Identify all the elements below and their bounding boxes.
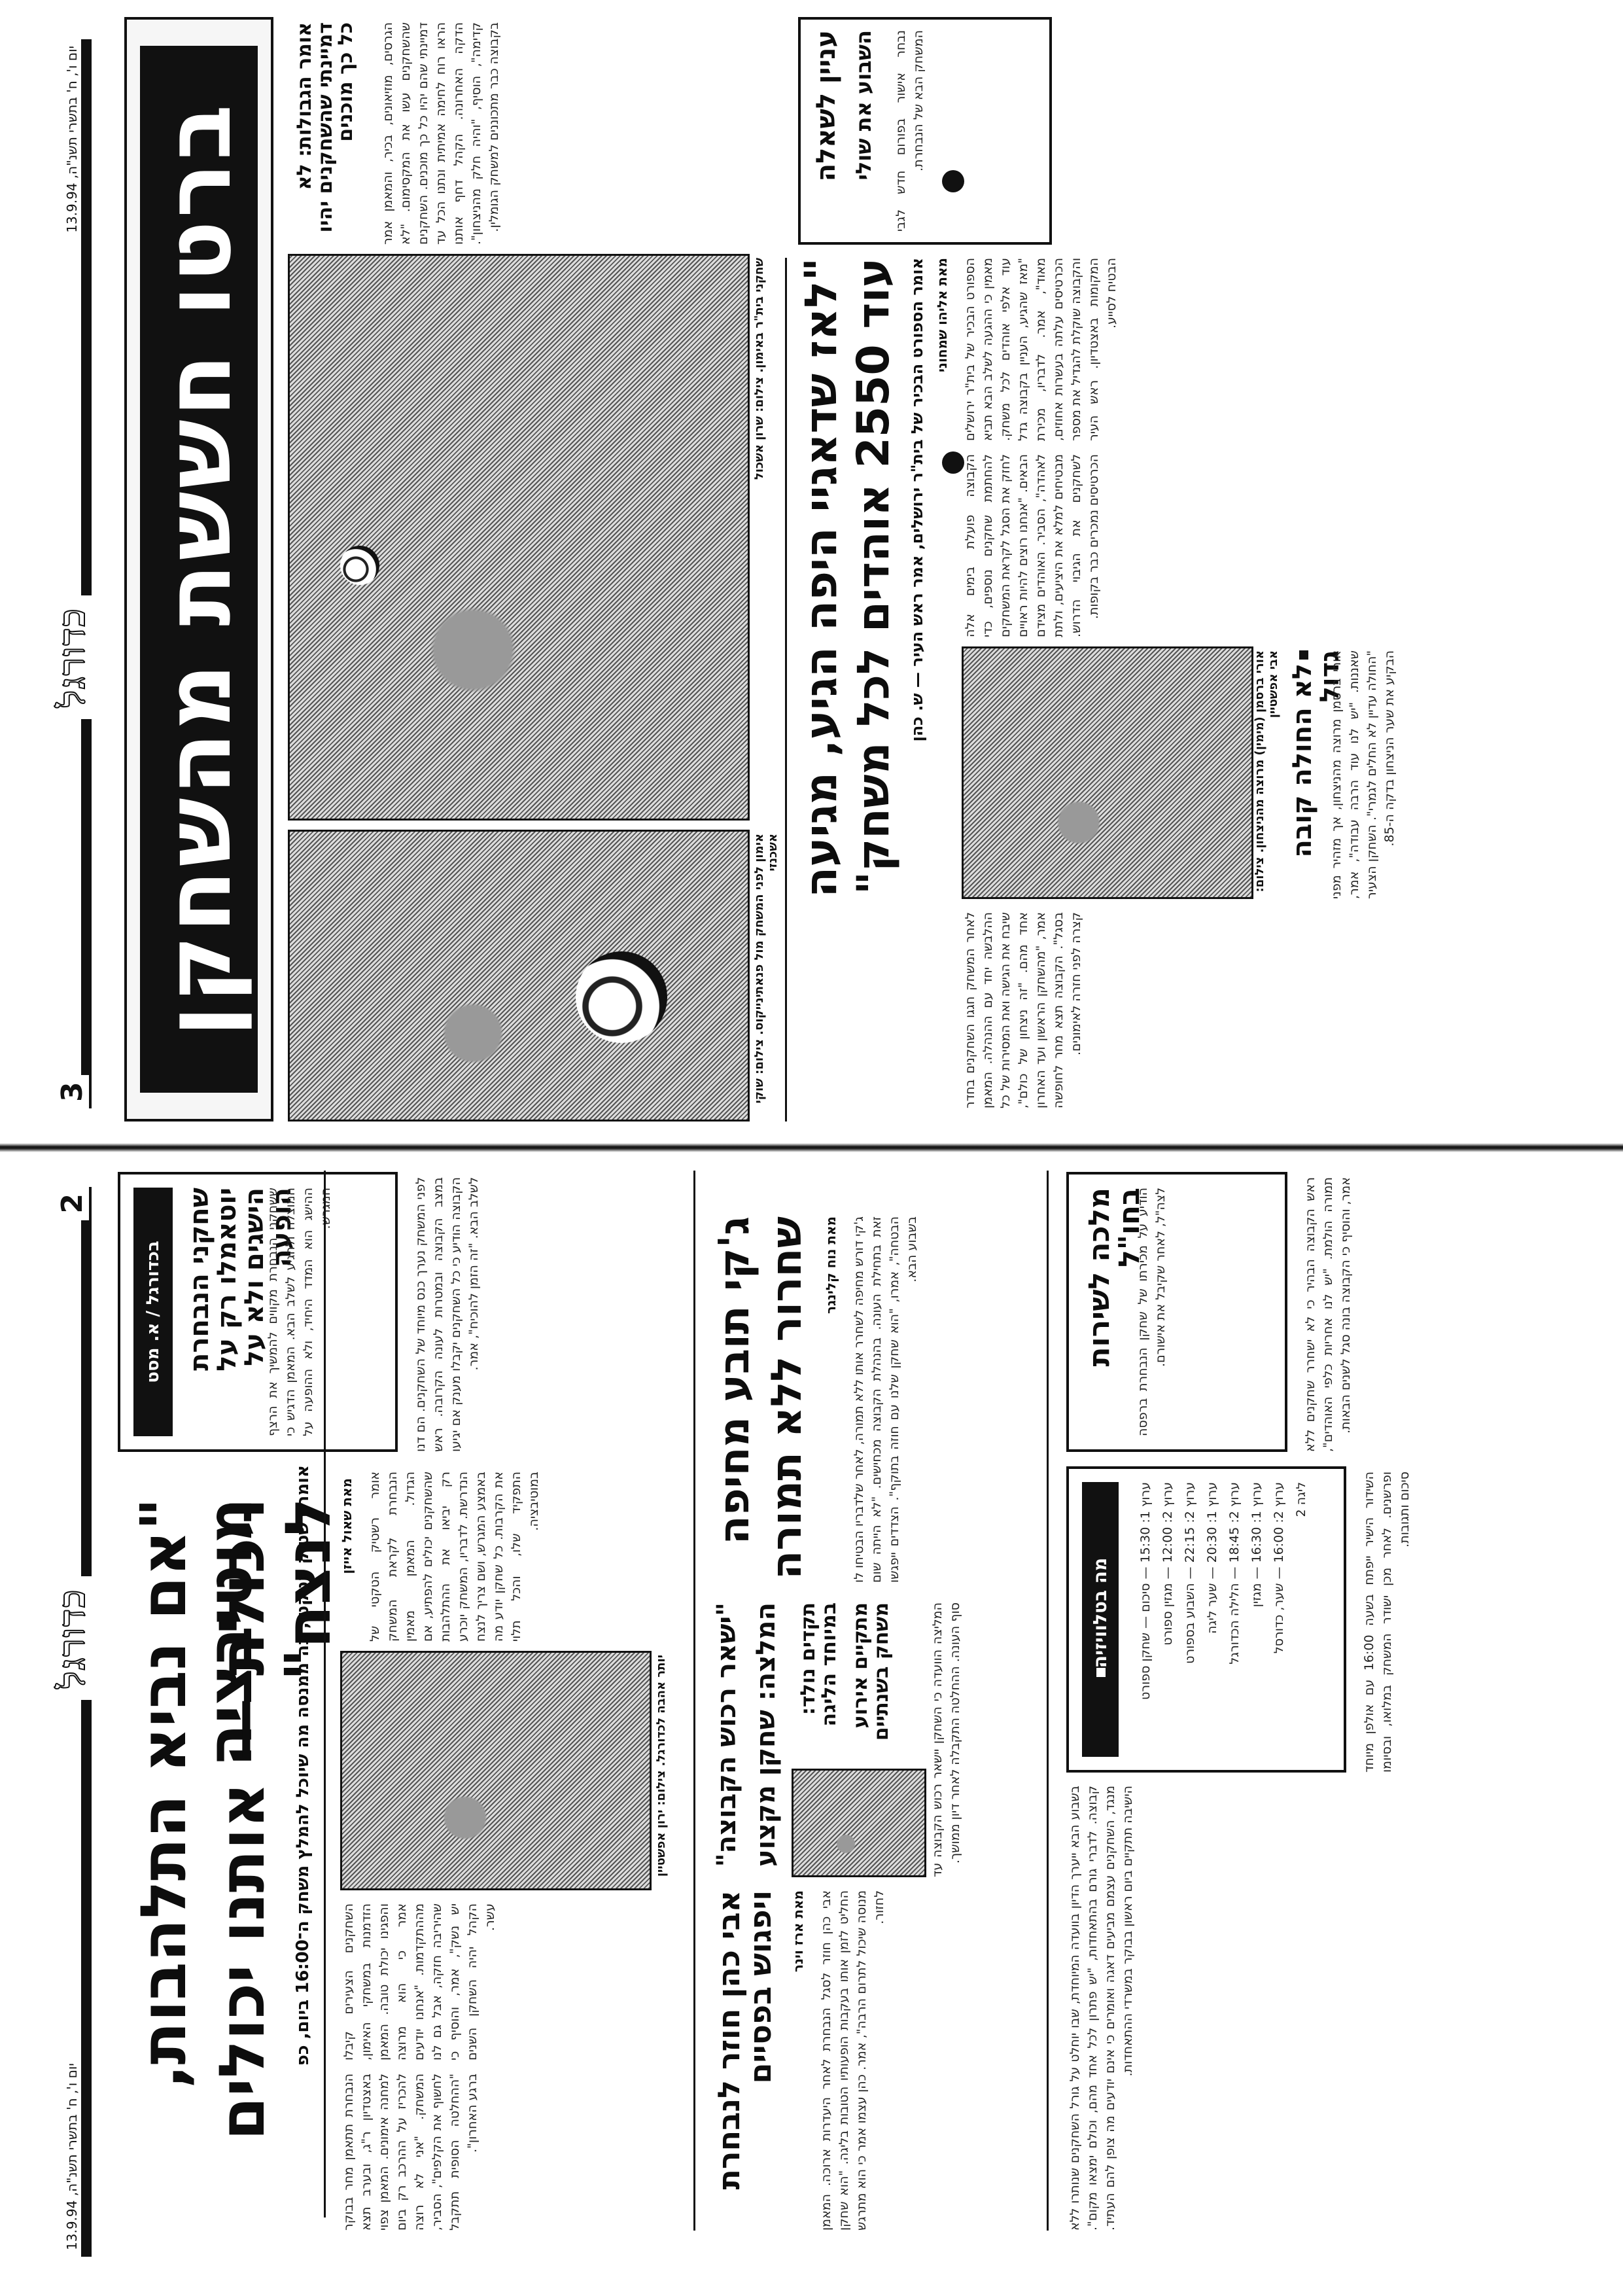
bottom-box-headline: עניין לשאלה bbox=[812, 30, 840, 232]
tv-schedule-box: מה בטלוויזיה ערוץ 1: 15:30 — סיכום — שחק… bbox=[1066, 1466, 1346, 1773]
bottom-article-column: ראש הקבוצה הבהיר כי לא ישחרר שחקנים ללא … bbox=[1302, 1177, 1550, 1452]
article3-byline: מאת ארז וינר bbox=[792, 1890, 805, 2231]
article-main-headline-line2: עוד 2550 אוהדים לכל משחק" bbox=[850, 258, 897, 1108]
article4-headline-line2: המלצה: שחקן מקצוע bbox=[752, 1602, 780, 1877]
main-article-column: אומר רשטיק הטקטי של הנבחרת לקראת המשחק ה… bbox=[366, 1472, 680, 1642]
article4-kicker2: מתקיים אירוע משחק בשנתיים bbox=[850, 1602, 892, 1759]
article4-kicker1: תקדים נולד: במיוחד הליגה bbox=[798, 1602, 839, 1759]
article2-headline-line1: ג'קי תובע מחיפה bbox=[713, 1216, 757, 1583]
column-marker-icon bbox=[942, 451, 964, 474]
main-article-column: השחקנים הצעירים קיבלו הזדמנות במשחקי האי… bbox=[340, 1903, 680, 2060]
training-photo bbox=[288, 830, 750, 1122]
main-headline-line2: ויכולת — אותנו יכולים לנצח" bbox=[209, 1498, 341, 2217]
coach-portrait bbox=[792, 1769, 926, 1877]
article2-byline: מאת נוח קלינגר bbox=[824, 1216, 838, 1583]
article-main-headline-line1: "לאז שדאגיי היפה הגיע, מגיעה bbox=[798, 258, 845, 1108]
article-main-byline: מאת אליהו שמחוני bbox=[935, 258, 949, 441]
article-photo-caption: אורי ברסמן (מימין) מרוצה מהניצחון. צילום… bbox=[1253, 650, 1280, 899]
tv-schedule-item: ליגה 2 bbox=[1290, 1482, 1312, 1757]
banner-frame: ברטו חששת מהשחקן ה־12 bbox=[124, 17, 273, 1122]
tv-schedule-item: ערוץ 2: 18:45 — הלילה הכדורגל bbox=[1223, 1482, 1246, 1757]
bottom-box: עניין לשאלה השבוע את שולי נבחר אישור בפו… bbox=[798, 17, 1052, 245]
article-main-column: הקבוצה פועלת בימים אלה להחתמת שחקנים נוס… bbox=[962, 454, 1537, 637]
article4-body: המליצה הוועדה כי השחקן יישאר רכוש הקבוצה… bbox=[929, 1602, 1034, 1877]
bottom-article-column: בשבוע הבא ייערך הדיון בוועדה המיוחדת, שב… bbox=[1066, 1786, 1393, 2231]
tv-schedule-item: ערוץ 1: 20:30 — שער ליגה bbox=[1201, 1482, 1223, 1757]
page-3-running-head: יום ו', ח' בתשרי תשנ"ה, 13.9.94 כדורגל 3 bbox=[52, 39, 92, 1108]
page-2: 2 כדורגל יום ו', ח' בתשרי תשנ"ה, 13.9.94… bbox=[0, 1148, 1623, 2296]
main-byline: מאת שאול אייזן bbox=[340, 1478, 354, 1642]
page-2-running-head: 2 כדורגל יום ו', ח' בתשרי תשנ"ה, 13.9.94 bbox=[52, 1187, 92, 2257]
article-main-column: הספורט הבכיר של בית"ר ירושלים מאמין כי ה… bbox=[962, 258, 1537, 441]
main-subhead: אומר רשטיק הטקטי, בה ממנסה מה שיוכל להמל… bbox=[294, 1465, 312, 2217]
tv-schedule-item: ערוץ 2: 12:00 — מגזין ספורט bbox=[1157, 1482, 1179, 1757]
section-title: כדורגל bbox=[50, 595, 94, 719]
photo-article-body: אורי ברסמן מרוצה מהניצחון, אך מזהיר מפני… bbox=[1328, 650, 1537, 899]
tv-schedule-item: ערוץ 1: 16:30 — מגזין bbox=[1246, 1482, 1268, 1757]
sidebar-headline: אומר הגבולות: לא דמיינתי שהשחקנים יהיו כ… bbox=[294, 22, 357, 245]
bottom-box-subhead: השבוע את שולי bbox=[853, 30, 875, 232]
article4-headline-line1: "ישאר רכוש הקבוצה" bbox=[713, 1602, 741, 1877]
main-article-column: הנבחרת תתאמן מחר בבוקר באצטדיון ר"ג, ובע… bbox=[340, 2074, 680, 2231]
side-article-column: לפני המשחק נערך כנס מיוחד של השחקנים. הם… bbox=[412, 1177, 687, 1452]
football-icon bbox=[340, 546, 379, 585]
article-main-column: לאחר המשחק חגגו השחקנים בחדר ההלבשה יחד … bbox=[962, 912, 1537, 1108]
team-photo-caption: שחקני בית"ר באימון. צילום: שרון אשכול bbox=[752, 258, 766, 821]
newspaper-spread: 2 כדורגל יום ו', ח' בתשרי תשנ"ה, 13.9.94… bbox=[0, 0, 1623, 2296]
tv-schedule-item: ערוץ 1: 15:30 — סיכום — שחקן ספורט bbox=[1134, 1482, 1157, 1757]
article2-headline-line2: שחרור ללא תמורה bbox=[765, 1216, 809, 1583]
bottom-article-column: השידור הישיר ייפתח בשעה 16:00 עם אולפן מ… bbox=[1361, 1472, 1550, 1773]
tv-schedule-item: ערוץ 2: 22:15 — השבוע בספורט bbox=[1179, 1482, 1201, 1757]
page-number: 3 bbox=[56, 1075, 89, 1108]
section-title: כדורגל bbox=[50, 1577, 94, 1701]
commentary-box: בכדורגל / א. מסט שחקני הנבחרת יוטאמלו רק… bbox=[118, 1172, 398, 1452]
malka-box: מלכה לשירות בחו"ל הודיע על מכירתו של שחק… bbox=[1066, 1172, 1287, 1452]
player-photo-caption: יותר אהבה לכדורגל. צילום: ירון אפשטיין bbox=[654, 1655, 668, 1890]
bottom-box-body: נבחר אישור בפורום חדש לגבי המשחק הבא של … bbox=[892, 30, 1036, 232]
article-photo bbox=[962, 646, 1253, 899]
article-main-subhead: אומר הספורט הבכיר של בית"ר ירושלים, אמר … bbox=[909, 258, 926, 1108]
training-photo-caption: אימון לפני המשחק מול פנאתינייקוס. צילום:… bbox=[752, 834, 780, 1122]
page-number: 2 bbox=[56, 1187, 89, 1220]
column-marker-icon bbox=[942, 170, 964, 192]
commentary-body: ששחקני הנבחרת מקווים להמשיך את הרצף המוצ… bbox=[264, 1188, 382, 1436]
issue-date: יום ו', ח' בתשרי תשנ"ה, 13.9.94 bbox=[64, 39, 80, 239]
team-photo bbox=[288, 254, 750, 821]
main-banner-headline: ברטו חששת מהשחקן ה־12 bbox=[140, 46, 258, 1093]
malka-body: הודיע על מכירתו של שחקן הנבחרת ברפסה לצה… bbox=[1134, 1188, 1265, 1436]
football-icon bbox=[576, 951, 667, 1043]
tv-schedule-item: ערוץ 2: 16:00 — שער, כדורסל bbox=[1268, 1482, 1290, 1757]
sidebar-body: הגרסים, מוזיאונים, בכיר, והמאמן אמר שהשח… bbox=[379, 22, 772, 245]
page-3: יום ו', ח' בתשרי תשנ"ה, 13.9.94 כדורגל 3… bbox=[0, 0, 1623, 1148]
article2-body: ג'קי דורש מחיפה לשחרר אותו ללא תמורה, לא… bbox=[850, 1216, 1060, 1583]
article3-headline: אבי כהן חוזר לנבחרת ויפגוש בפסיים bbox=[713, 1890, 777, 2231]
commentary-label: בכדורגל / א. מסט bbox=[133, 1188, 173, 1436]
tv-schedule-list: ערוץ 1: 15:30 — סיכום — שחקן ספורט ערוץ … bbox=[1134, 1482, 1331, 1757]
issue-date: יום ו', ח' בתשרי תשנ"ה, 13.9.94 bbox=[64, 2057, 80, 2257]
player-photo bbox=[340, 1651, 652, 1890]
tv-schedule-title: מה בטלוויזיה bbox=[1082, 1482, 1119, 1757]
article3-body: אבי כהן חוזר לסגל הנבחרת לאחר היעדרות אר… bbox=[818, 1890, 1034, 2231]
